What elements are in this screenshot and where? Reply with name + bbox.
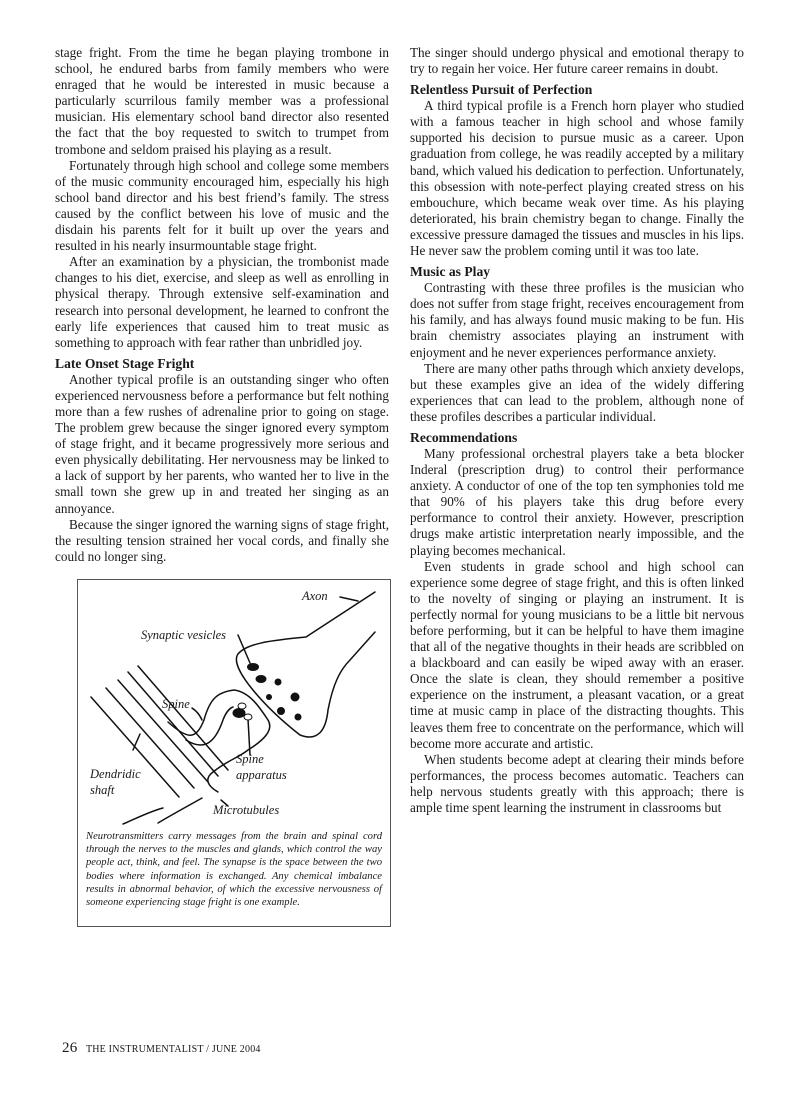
- section-heading-relentless: Relentless Pursuit of Perfection: [410, 81, 744, 98]
- body-paragraph: Contrasting with these three profiles is…: [410, 280, 744, 360]
- synapse-diagram-icon: [78, 580, 392, 830]
- synapse-figure: Axon Synaptic vesicles Spine Spine appar…: [77, 579, 391, 927]
- body-paragraph: Another typical profile is an outstandin…: [55, 372, 389, 517]
- body-paragraph: After an examination by a physician, the…: [55, 254, 389, 351]
- body-paragraph: The singer should undergo physical and e…: [410, 45, 744, 77]
- label-spine: Spine: [162, 696, 190, 712]
- body-paragraph: When students become adept at clearing t…: [410, 752, 744, 816]
- right-column: The singer should undergo physical and e…: [410, 45, 744, 816]
- publication-line: THE INSTRUMENTALIST / JUNE 2004: [86, 1044, 261, 1055]
- section-heading-late-onset: Late Onset Stage Fright: [55, 355, 389, 372]
- label-spine-apparatus: apparatus: [236, 767, 287, 783]
- label-axon: Axon: [302, 588, 328, 604]
- label-dendridic-shaft: Dendridic: [90, 766, 141, 782]
- body-paragraph: There are many other paths through which…: [410, 361, 744, 425]
- page-number: 26: [62, 1040, 77, 1056]
- page-footer: 26 THE INSTRUMENTALIST / JUNE 2004: [62, 1040, 261, 1057]
- label-spine-apparatus: Spine: [236, 751, 264, 767]
- label-dendridic-shaft: shaft: [90, 782, 114, 798]
- body-paragraph: Fortunately through high school and coll…: [55, 158, 389, 255]
- body-paragraph: Because the singer ignored the warning s…: [55, 517, 389, 565]
- body-paragraph: A third typical profile is a French horn…: [410, 98, 744, 259]
- section-heading-music-as-play: Music as Play: [410, 263, 744, 280]
- section-heading-recommendations: Recommendations: [410, 429, 744, 446]
- label-synaptic-vesicles: Synaptic vesicles: [141, 627, 226, 643]
- figure-caption: Neurotransmitters carry messages from th…: [86, 830, 382, 909]
- left-column: stage fright. From the time he began pla…: [55, 45, 389, 927]
- body-paragraph: Even students in grade school and high s…: [410, 559, 744, 752]
- body-paragraph: stage fright. From the time he began pla…: [55, 45, 389, 158]
- label-microtubules: Microtubules: [213, 802, 279, 818]
- body-paragraph: Many professional orchestral players tak…: [410, 446, 744, 559]
